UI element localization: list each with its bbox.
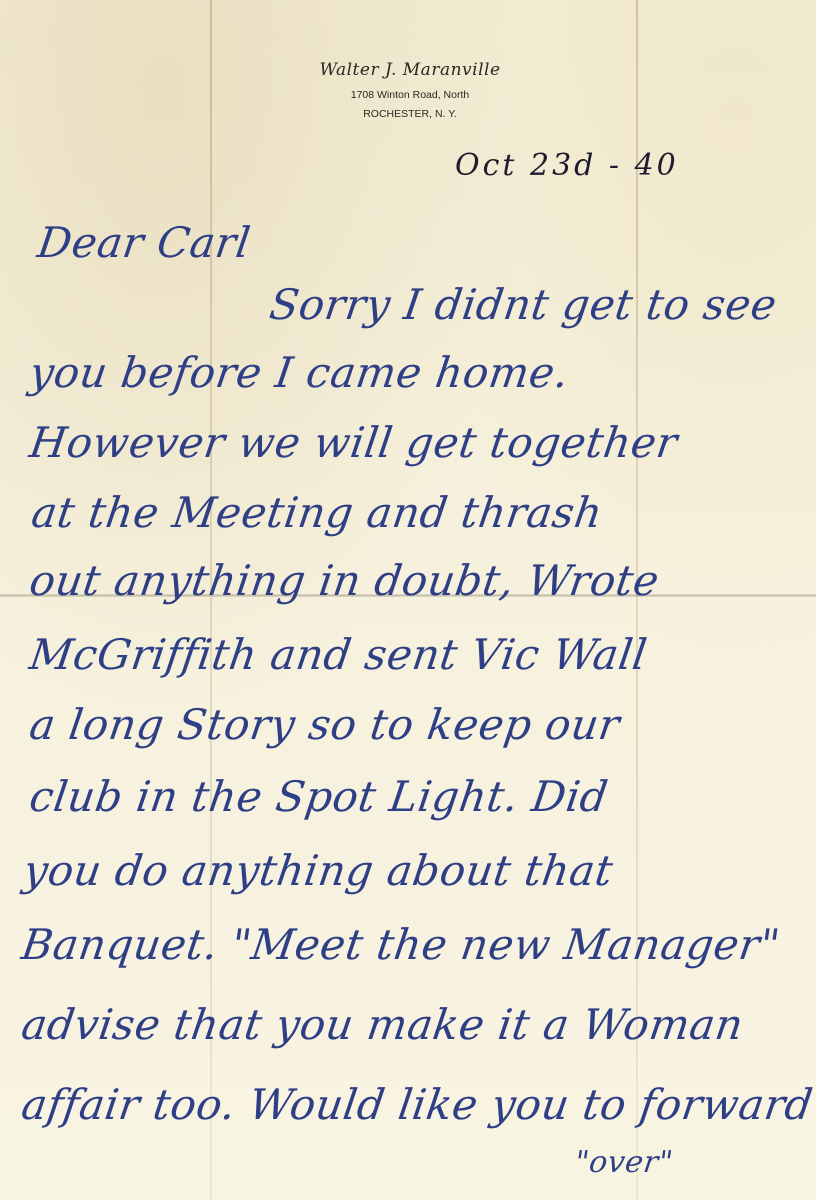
- body-line: you before I came home.: [27, 348, 816, 397]
- body-line: affair too. Would like you to forward: [19, 1080, 816, 1129]
- body-line: out anything in doubt, Wrote: [27, 556, 816, 605]
- letterhead-name: Walter J. Maranville: [300, 60, 520, 80]
- letterhead-address: 1708 Winton Road, North: [300, 86, 520, 105]
- body-line: advise that you make it a Woman: [19, 1000, 816, 1049]
- letter-date: Oct 23d - 40: [455, 148, 679, 183]
- body-line: you do anything about that: [21, 846, 816, 895]
- body-line: McGriffith and sent Vic Wall: [27, 630, 816, 679]
- body-line: However we will get together: [27, 418, 816, 467]
- salutation: Dear Carl: [35, 218, 816, 267]
- body-line: Sorry I didnt get to see: [267, 280, 816, 329]
- letterhead-city: ROCHESTER, N. Y.: [300, 105, 520, 124]
- body-line: a long Story so to keep our: [27, 700, 816, 749]
- letterhead: Walter J. Maranville 1708 Winton Road, N…: [300, 60, 520, 124]
- body-line: club in the Spot Light. Did: [27, 772, 816, 821]
- continuation-note: "over": [573, 1145, 816, 1180]
- body-line: at the Meeting and thrash: [29, 488, 816, 537]
- body-line: Banquet. "Meet the new Manager": [19, 920, 816, 969]
- letter-page: Walter J. Maranville 1708 Winton Road, N…: [0, 0, 816, 1200]
